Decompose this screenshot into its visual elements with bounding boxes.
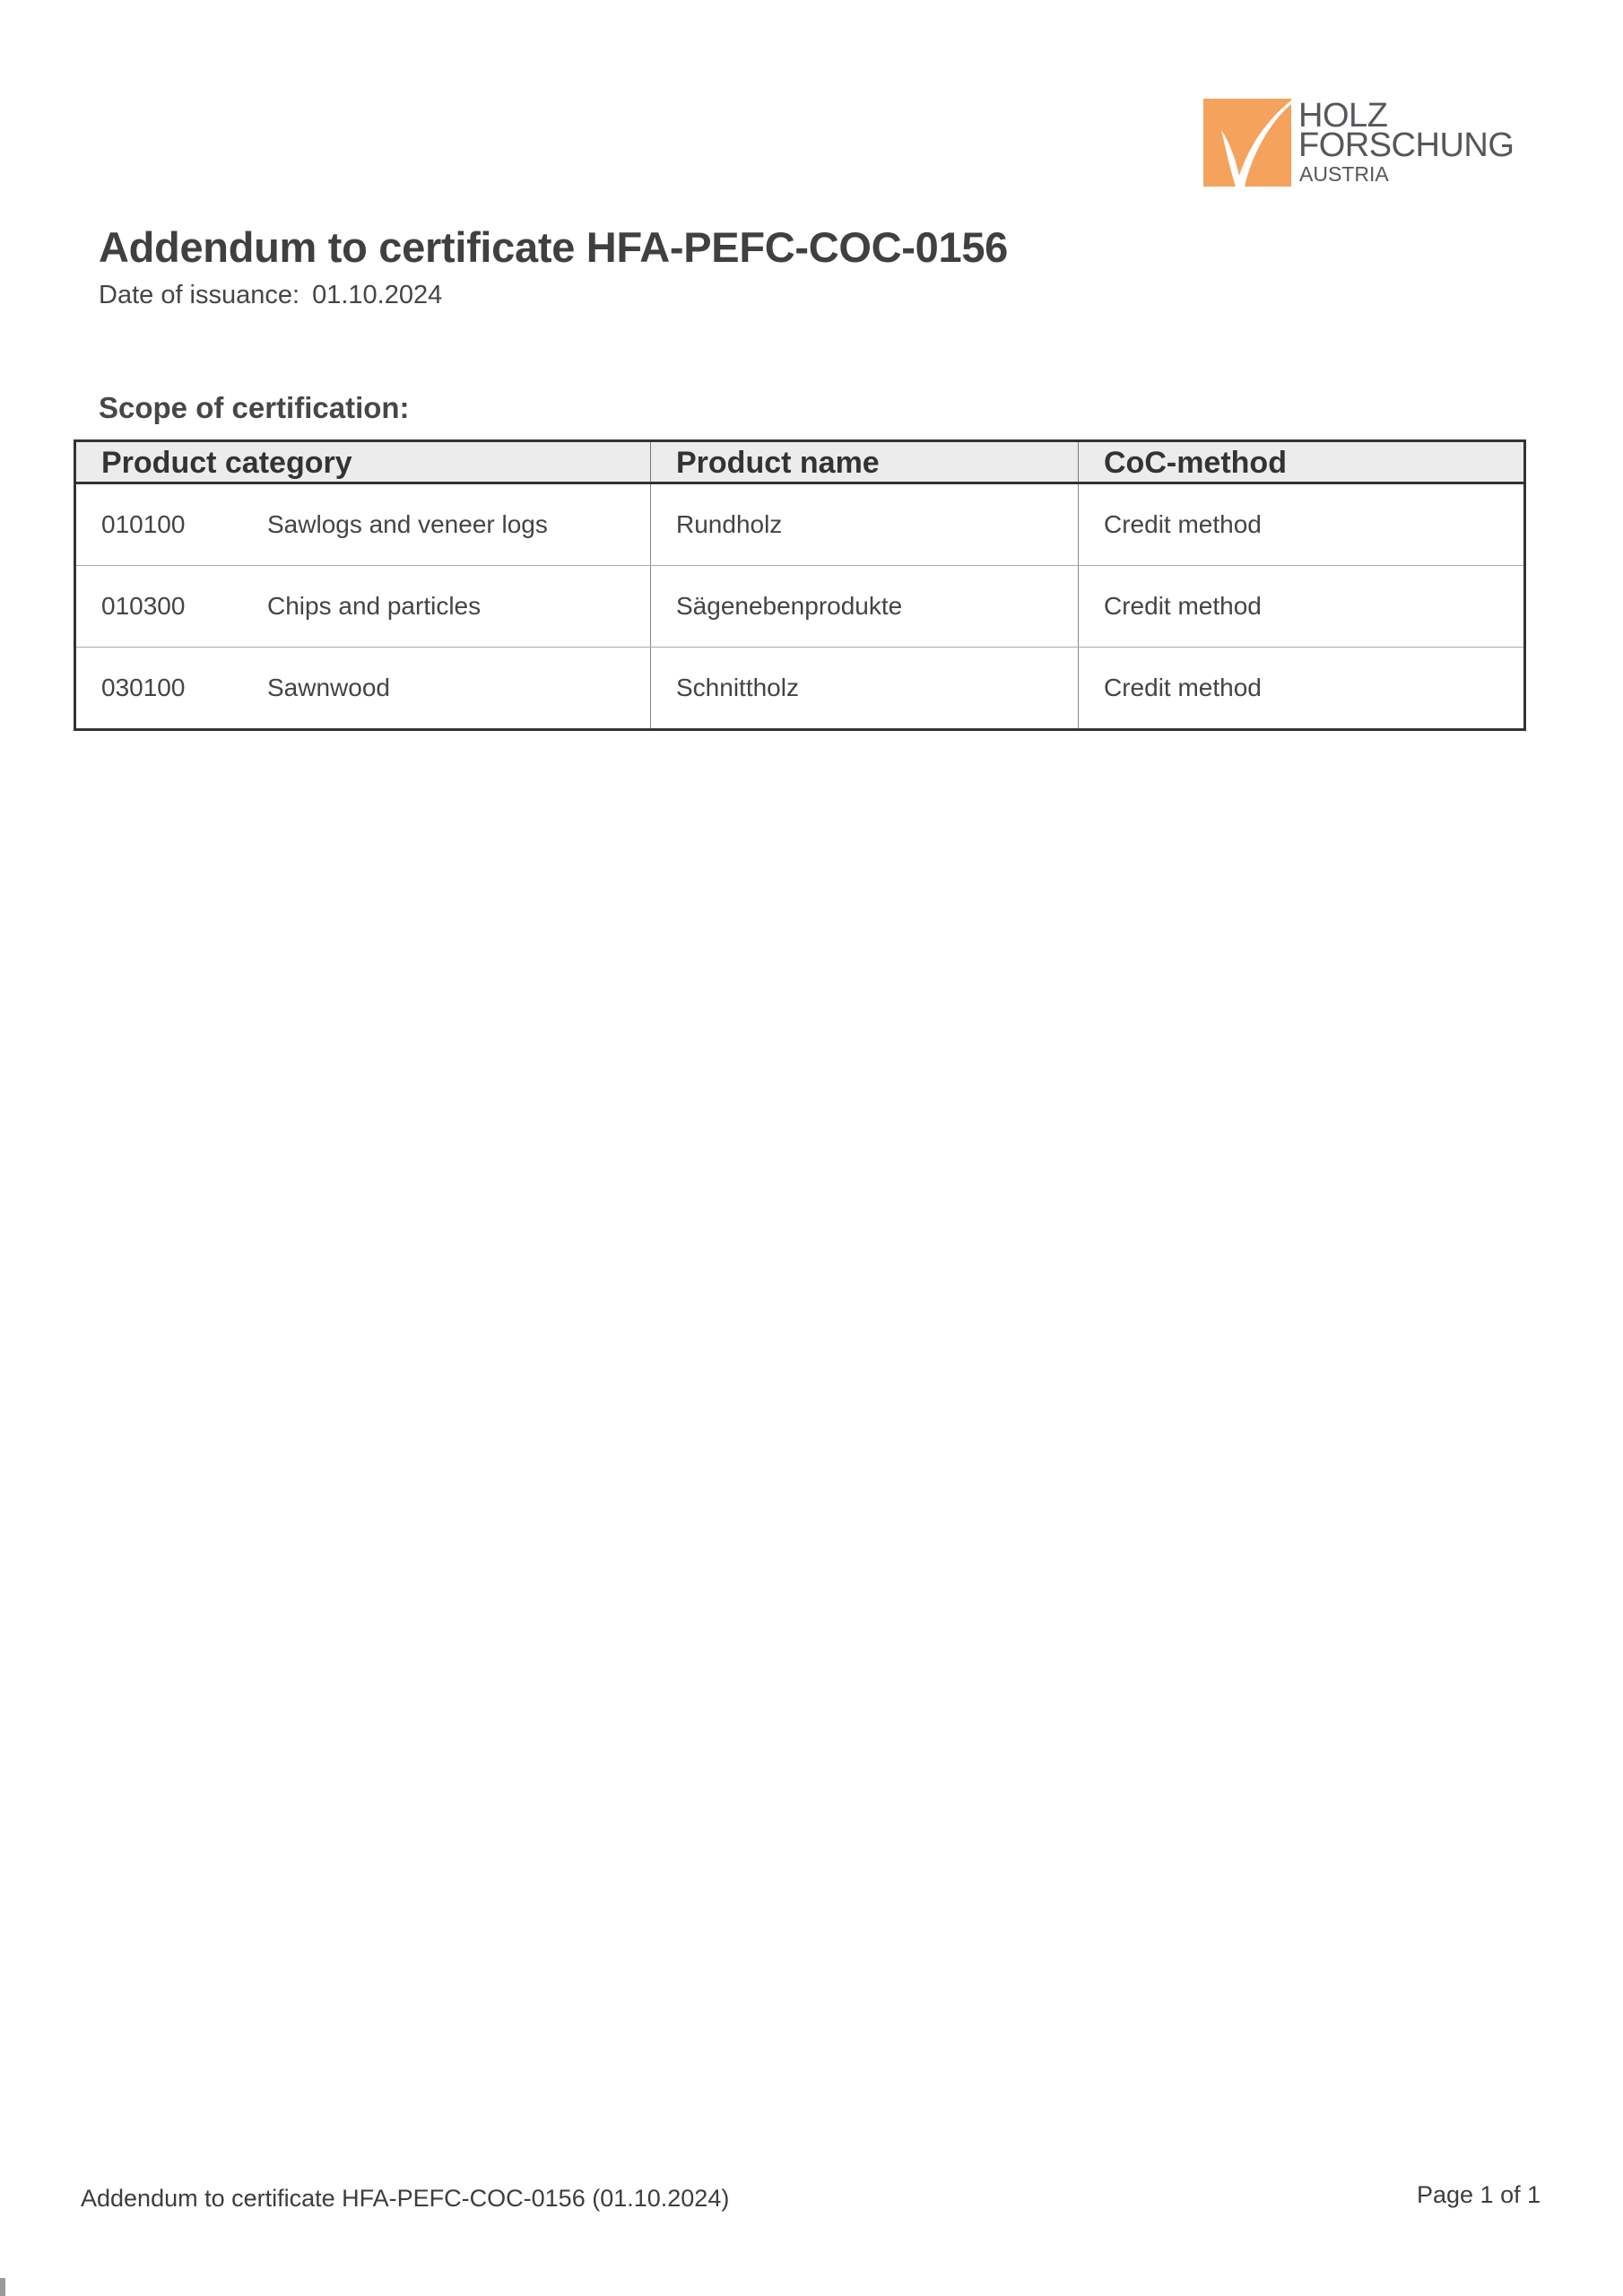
holzforschung-logo: HOLZ FORSCHUNG AUSTRIA: [1203, 99, 1526, 188]
column-header-coc-method: CoC-method: [1079, 441, 1525, 483]
logo-line-3: AUSTRIA: [1299, 164, 1389, 185]
product-name-cell: Sägenebenprodukte: [651, 566, 1079, 648]
scan-edge-mark: [0, 2278, 5, 2296]
scope-heading: Scope of certification:: [99, 391, 410, 425]
product-name-cell: Schnittholz: [651, 648, 1079, 730]
table-row: 010100Sawlogs and veneer logs Rundholz C…: [75, 483, 1525, 566]
coc-method-cell: Credit method: [1079, 483, 1525, 566]
product-category-cell: 030100Sawnwood: [75, 648, 651, 730]
logo-line-2: FORSCHUNG: [1298, 128, 1514, 162]
checkmark-icon: [1203, 99, 1291, 187]
table-row: 010300Chips and particles Sägenebenprodu…: [75, 566, 1525, 648]
footer-document-reference: Addendum to certificate HFA-PEFC-COC-015…: [81, 2185, 729, 2213]
document-title: Addendum to certificate HFA-PEFC-COC-015…: [99, 222, 1008, 272]
product-category-cell: 010100Sawlogs and veneer logs: [75, 483, 651, 566]
column-header-product-category: Product category: [75, 441, 651, 483]
category-code: 030100: [101, 674, 267, 702]
product-category-cell: 010300Chips and particles: [75, 566, 651, 648]
issuance-date-line: Date of issuance:01.10.2024: [99, 281, 442, 310]
scope-table: Product category Product name CoC-method…: [74, 439, 1526, 731]
category-code: 010300: [101, 592, 267, 621]
coc-method-cell: Credit method: [1079, 648, 1525, 730]
table-header-row: Product category Product name CoC-method: [75, 441, 1525, 483]
category-name: Sawlogs and veneer logs: [267, 510, 548, 538]
column-header-product-name: Product name: [651, 441, 1079, 483]
category-name: Sawnwood: [267, 674, 390, 701]
footer-page-number: Page 1 of 1: [1417, 2181, 1541, 2209]
category-code: 010100: [101, 510, 267, 539]
category-name: Chips and particles: [267, 592, 481, 620]
table-row: 030100Sawnwood Schnittholz Credit method: [75, 648, 1525, 730]
coc-method-cell: Credit method: [1079, 566, 1525, 648]
product-name-cell: Rundholz: [651, 483, 1079, 566]
issuance-label: Date of issuance:: [99, 281, 299, 309]
issuance-date: 01.10.2024: [312, 281, 442, 309]
